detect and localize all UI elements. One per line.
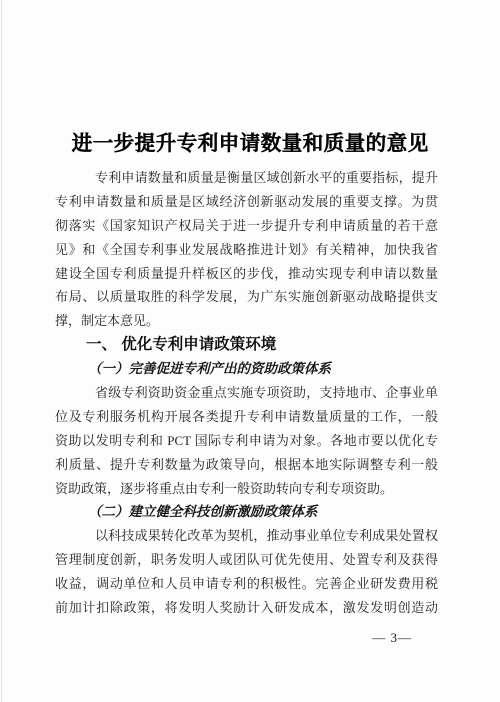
body-line: 省级专利资助资金重点实施专项资助，支持地市、企事业单 [55,381,438,405]
body-line: 收益，调动单位和人员申请专利的积极性。完善企业研发费用税 [55,572,438,596]
scan-edge-artifact [1,0,2,702]
body-line: 布局、以质量取胜的科学发展，为广东实施创新驱动战略提供支 [55,285,438,309]
body-line: 建设全国专利质量提升样板区的步伐，推动实现专利申请以数量 [55,262,438,286]
body-line: 资助政策，逐步将重点由专利一般资助转向专利专项资助。 [55,477,438,501]
scanned-document-page: 进一步提升专利申请数量和质量的意见 专利申请数量和质量是衡量区域创新水平的重要指… [0,0,500,702]
subsection-heading: （一）完善促进专利产出的资助政策体系 [55,357,438,381]
section-heading: 一、 优化专利申请政策环境 [55,333,438,357]
document-body: 专利申请数量和质量是衡量区域创新水平的重要指标，提升 专利申请数量和质量是区域经… [55,166,438,620]
body-line: 利质量、提升专利数量为政策导向，根据本地实际调整专利一般 [55,453,438,477]
body-line: 前加计扣除政策，将发明人奖励计入研发成本，激发发明创造动 [55,596,438,620]
body-line: 彻落实《国家知识产权局关于进一步提升专利申请质量的若干意 [55,214,438,238]
body-line: 撑，制定本意见。 [55,309,438,333]
body-line: 以科技成果转化改革为契机，推动事业单位专利成果处置权 [55,524,438,548]
body-line: 资助以发明专利和 PCT 国际专利申请为对象。各地市要以优化专 [55,429,438,453]
body-line: 管理制度创新，职务发明人或团队可优先使用、处置专利及获得 [55,548,438,572]
subsection-heading: （二）建立健全科技创新激励政策体系 [55,500,438,524]
body-line: 见》和《全国专利事业发展战略推进计划》有关精神，加快我省 [55,238,438,262]
body-line: 位及专利服务机构开展各类提升专利申请数量质量的工作，一般 [55,405,438,429]
body-line: 专利申请数量和质量是衡量区域创新水平的重要指标，提升 [55,166,438,190]
page-number: — 3— [372,630,412,646]
document-title: 进一步提升专利申请数量和质量的意见 [0,126,500,156]
body-line: 专利申请数量和质量是区域经济创新驱动发展的重要支撑。为贯 [55,190,438,214]
